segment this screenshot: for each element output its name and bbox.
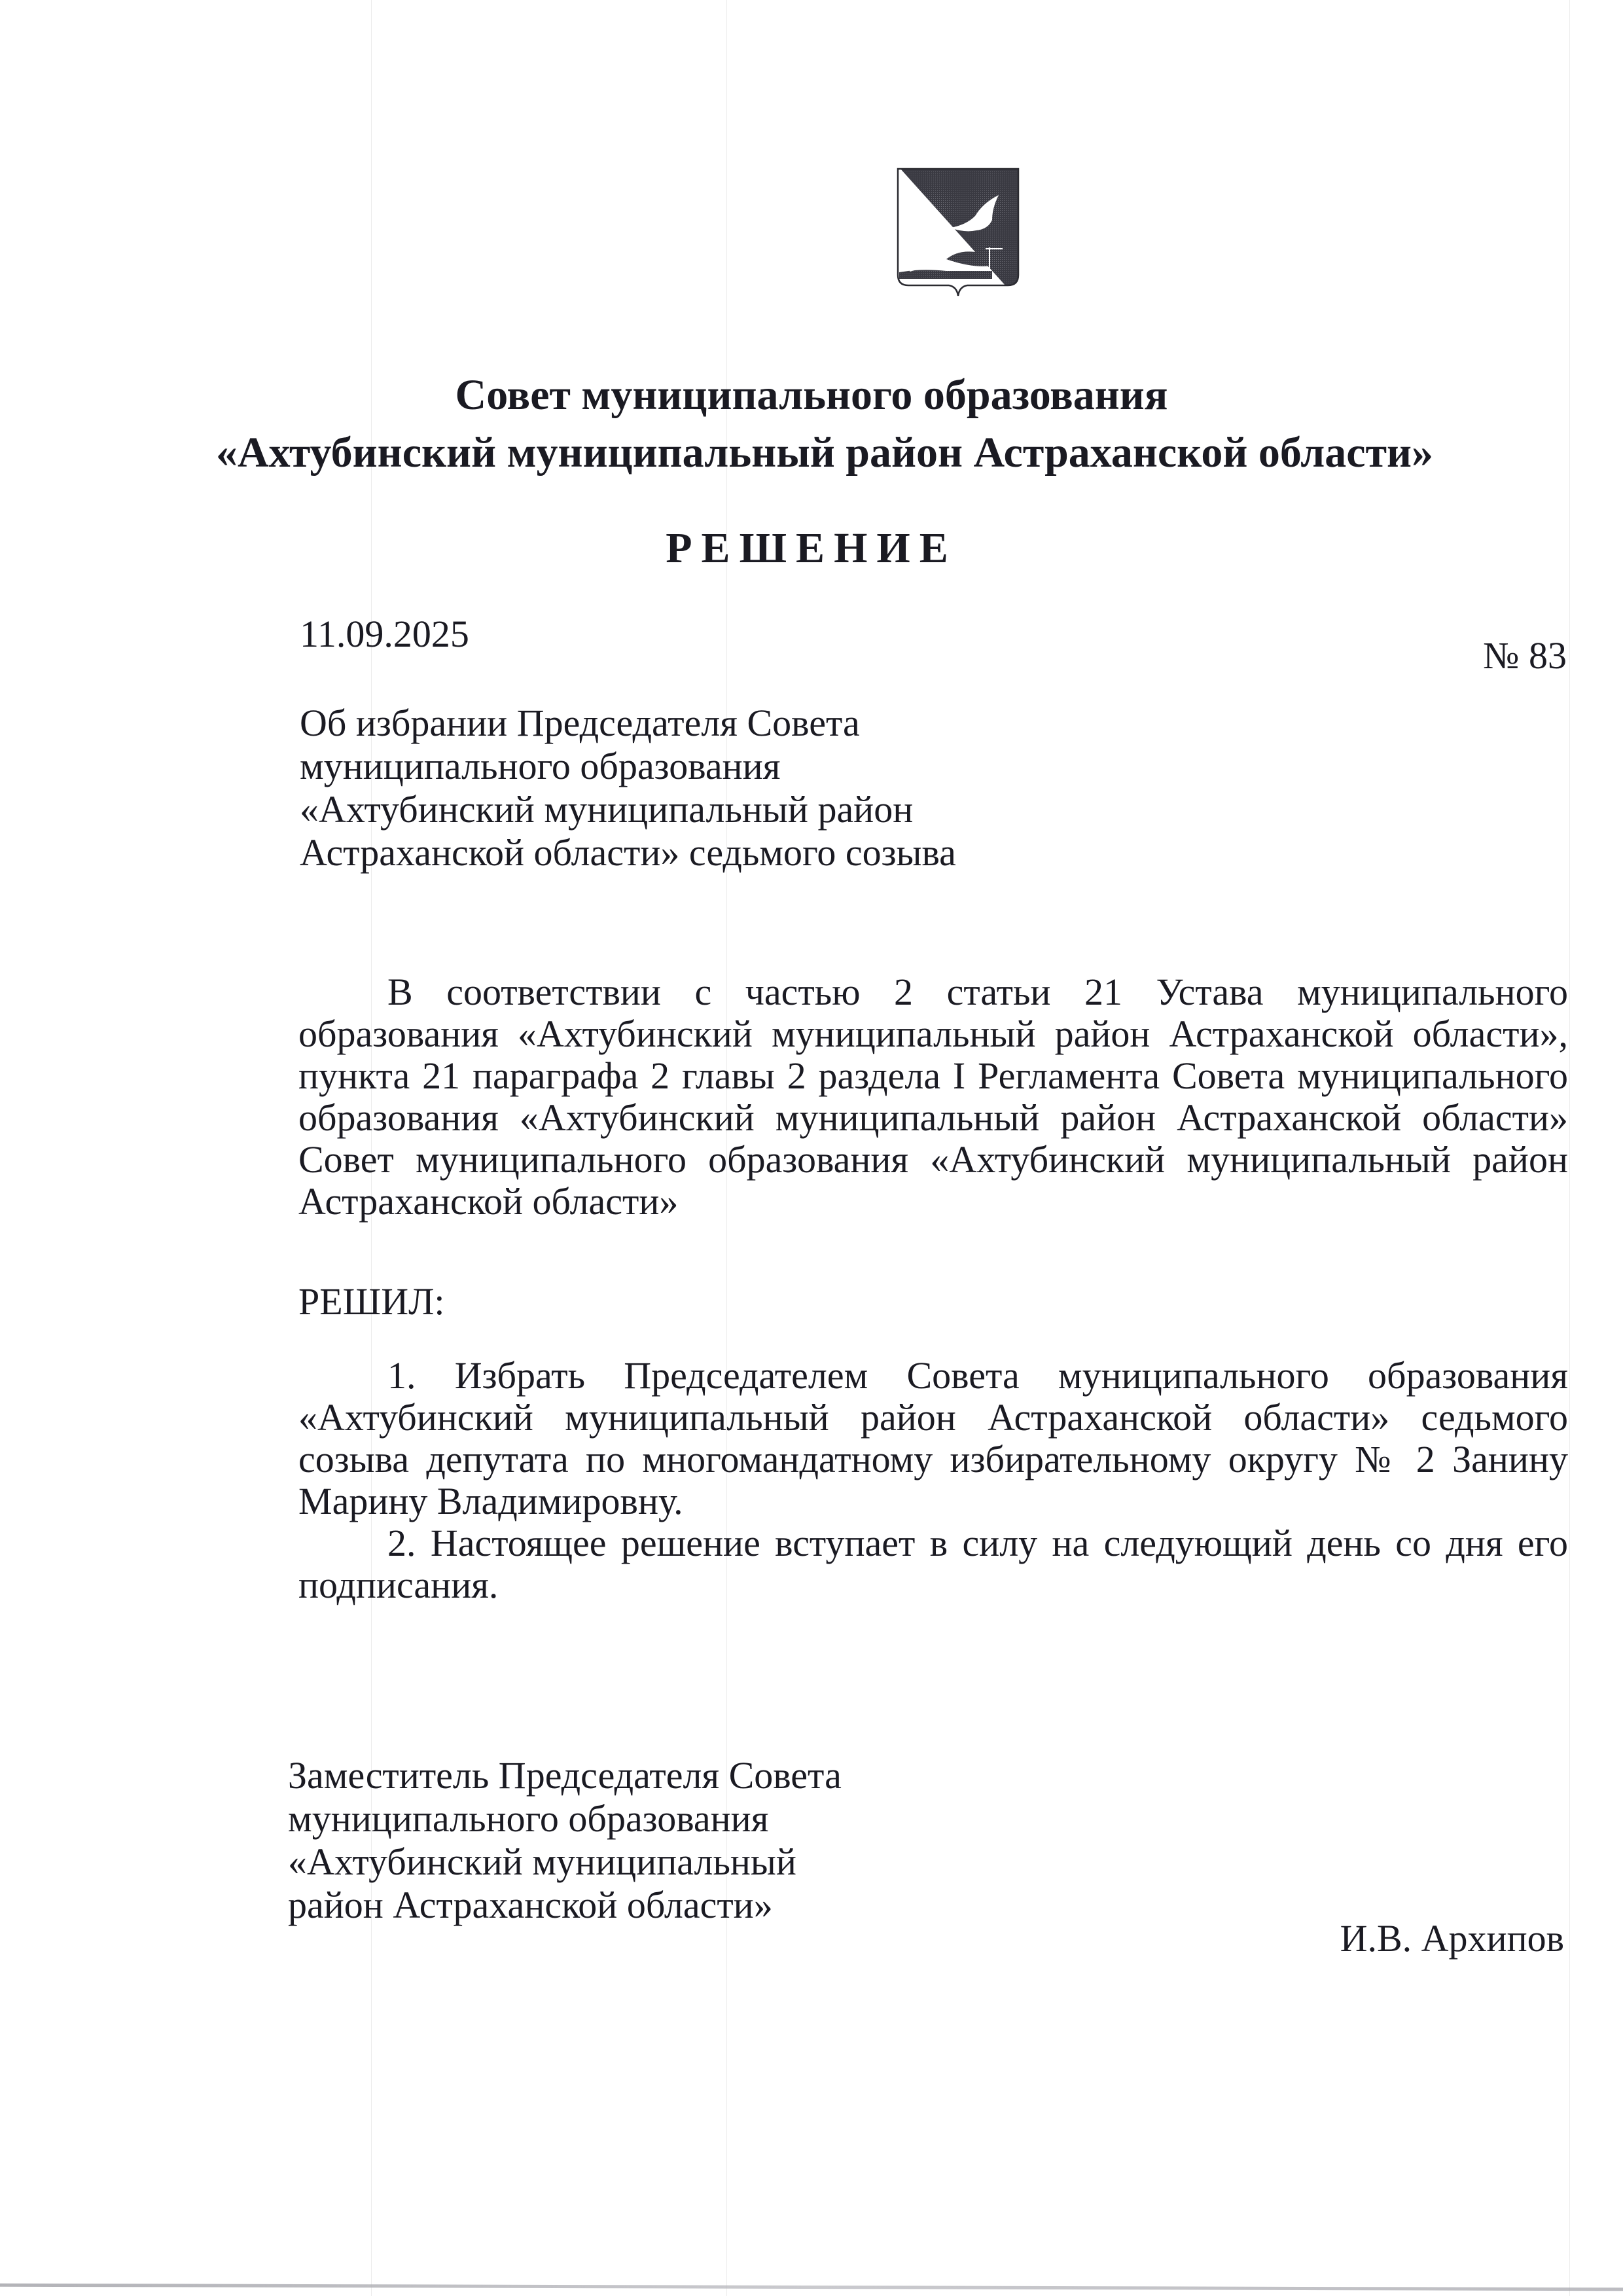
preamble-line: Совет муниципального образования «Ахтуби… <box>298 1139 1568 1181</box>
document-date: 11.09.2025 <box>300 612 469 656</box>
item-line: 2. Настоящее решение вступает в силу на … <box>298 1522 1568 1564</box>
preamble-line: образования «Ахтубинский муниципальный р… <box>298 1013 1568 1055</box>
subject-line: «Ахтубинский муниципальный район <box>300 788 1020 831</box>
organization-title-subline: «Ахтубинский муниципальный район Астраха… <box>13 425 1623 480</box>
decided-label: РЕШИЛ: <box>298 1280 445 1323</box>
document-number: № 83 <box>1483 634 1567 677</box>
preamble-line: пункта 21 параграфа 2 главы 2 раздела I … <box>298 1055 1568 1097</box>
decision-item-1: 1. Избрать Председателем Совета муниципа… <box>298 1355 1568 1522</box>
item-line: «Ахтубинский муниципальный район Астраха… <box>298 1397 1568 1439</box>
item-line: подписания. <box>298 1564 1568 1606</box>
scan-artifact-line <box>1569 0 1570 2296</box>
item-line: Марину Владимировну. <box>298 1480 1568 1522</box>
decision-items: 1. Избрать Председателем Совета муниципа… <box>298 1355 1568 1606</box>
subject-line: муниципального образования <box>300 745 1020 788</box>
position-line: муниципального образования <box>288 1797 842 1840</box>
decision-item-2: 2. Настоящее решение вступает в силу на … <box>298 1522 1568 1606</box>
subject-line: Об избрании Председателя Совета <box>300 702 1020 745</box>
signatory-name: И.В. Архипов <box>1340 1916 1564 1960</box>
preamble-line: Астраханской области» <box>298 1181 1568 1223</box>
organization-title: Совет муниципального образования <box>0 368 1623 423</box>
document-type-heading: РЕШЕНИЕ <box>0 524 1623 573</box>
preamble-line: образования «Ахтубинский муниципальный р… <box>298 1097 1568 1139</box>
signatory-position: Заместитель Председателя Совета муниципа… <box>288 1754 842 1927</box>
document-subject: Об избрании Председателя Совета муниципа… <box>300 702 1020 874</box>
position-line: Заместитель Председателя Совета <box>288 1754 842 1797</box>
position-line: «Ахтубинский муниципальный <box>288 1840 842 1884</box>
scan-artifact-edge <box>0 2284 1623 2291</box>
coat-of-arms-icon <box>894 157 1025 308</box>
position-line: район Астраханской области» <box>288 1884 842 1927</box>
item-line: 1. Избрать Председателем Совета муниципа… <box>298 1355 1568 1397</box>
item-line: созыва депутата по многомандатному избир… <box>298 1439 1568 1480</box>
preamble-line: В соответствии с частью 2 статьи 21 Уста… <box>298 971 1568 1013</box>
preamble-paragraph: В соответствии с частью 2 статьи 21 Уста… <box>298 971 1568 1223</box>
subject-line: Астраханской области» седьмого созыва <box>300 831 1020 874</box>
